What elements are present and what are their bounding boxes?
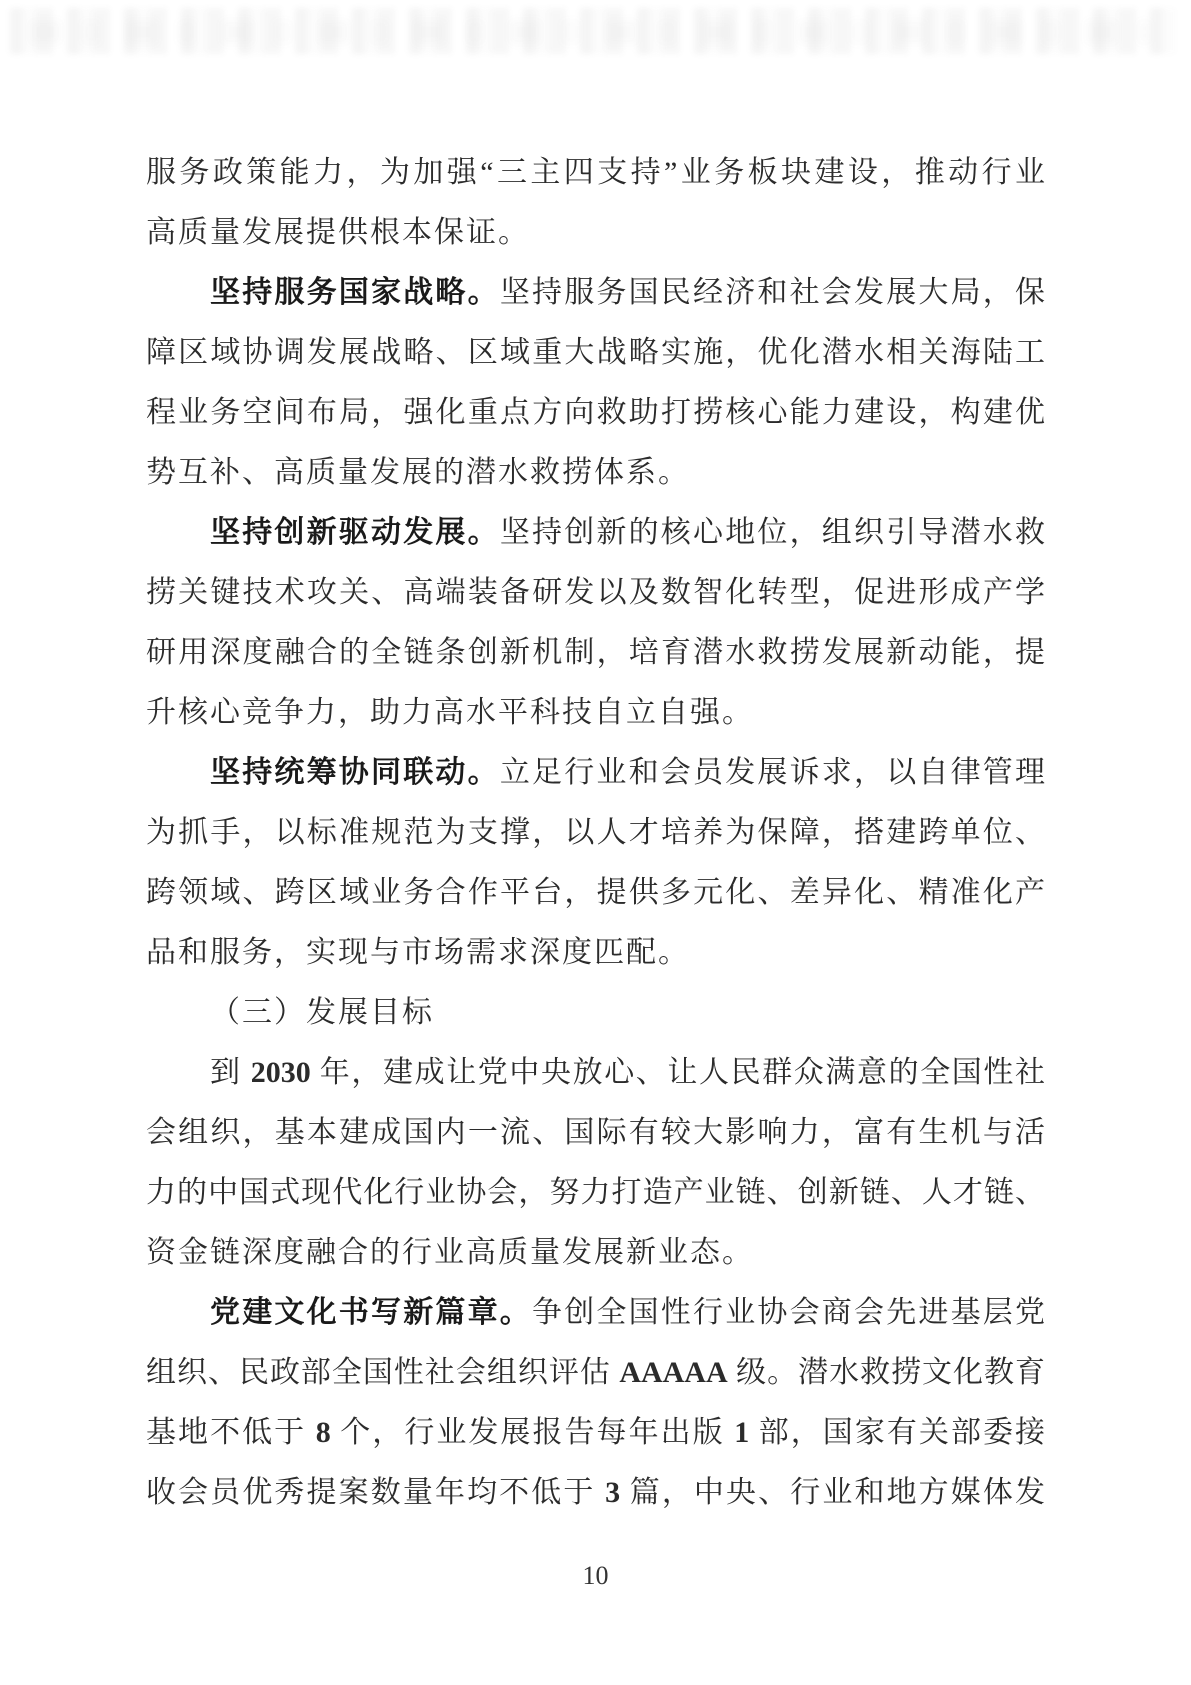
body-text: 势互补、高质量发展的潜水救捞体系。 [146,456,690,489]
line-10: 升核心竞争力，助力高水平科技自立自强。 [146,683,1045,743]
line-03: 坚持服务国家战略。坚持服务国民经济和社会发展大局，保 [146,263,1045,323]
line-02: 高质量发展提供根本保证。 [146,203,1045,263]
line-16: 到 2030 年，建成让党中央放心、让人民群众满意的全国性社 [146,1043,1045,1103]
body-text: 跨领域、跨区域业务合作平台，提供多元化、差异化、精准化产 [146,876,1045,909]
body-text: 为抓手，以标准规范为支撑，以人才培养为保障，搭建跨单位、 [146,816,1045,849]
latin-numeral: AAAAA [619,1356,727,1389]
body-text: 篇，中央、行业和地方媒体发 [620,1476,1045,1509]
body-text: 捞关键技术攻关、高端装备研发以及数智化转型，促进形成产学 [146,576,1045,609]
line-09: 研用深度融合的全链条创新机制，培育潜水救捞发展新动能，提 [146,623,1045,683]
text-block: 服务政策能力，为加强“三主四支持”业务板块建设，推动行业高质量发展提供根本保证。… [146,143,1045,1523]
body-text: 到 [210,1056,251,1089]
body-text: 会组织，基本建成国内一流、国际有较大影响力，富有生机与活 [146,1116,1045,1149]
line-12: 为抓手，以标准规范为支撑，以人才培养为保障，搭建跨单位、 [146,803,1045,863]
line-15: （三）发展目标 [146,983,1045,1043]
bold-lead-text: 坚持服务国家战略。 [210,276,500,309]
line-21: 组织、民政部全国性社会组织评估 AAAAA 级。潜水救捞文化教育 [146,1343,1045,1403]
latin-numeral: 2030 [251,1056,311,1089]
latin-numeral: 8 [316,1416,331,1449]
line-11: 坚持统筹协同联动。立足行业和会员发展诉求，以自律管理 [146,743,1045,803]
line-06: 势互补、高质量发展的潜水救捞体系。 [146,443,1045,503]
document-page: 服务政策能力，为加强“三主四支持”业务板块建设，推动行业高质量发展提供根本保证。… [0,0,1191,1685]
latin-numeral: 1 [734,1416,749,1449]
line-08: 捞关键技术攻关、高端装备研发以及数智化转型，促进形成产学 [146,563,1045,623]
body-text: 级。潜水救捞文化教育 [728,1356,1045,1389]
line-14: 品和服务，实现与市场需求深度匹配。 [146,923,1045,983]
body-text: 个，行业发展报告每年出版 [331,1416,734,1449]
line-19: 资金链深度融合的行业高质量发展新业态。 [146,1223,1045,1283]
body-text: 高质量发展提供根本保证。 [146,216,530,249]
body-text: 基地不低于 [146,1416,316,1449]
scan-artifact-band-inner [30,20,1151,44]
body-text: 程业务空间布局，强化重点方向救助打捞核心能力建设，构建优 [146,396,1045,429]
body-text: 服务政策能力，为加强“三主四支持”业务板块建设，推动行业 [146,156,1045,189]
line-13: 跨领域、跨区域业务合作平台，提供多元化、差异化、精准化产 [146,863,1045,923]
body-text: 组织、民政部全国性社会组织评估 [146,1356,619,1389]
body-text: （三）发展目标 [210,996,434,1029]
body-text: 立足行业和会员发展诉求，以自律管理 [500,756,1045,789]
bold-lead-text: 坚持统筹协同联动。 [210,756,500,789]
body-text: 力的中国式现代化行业协会，努力打造产业链、创新链、人才链、 [146,1176,1045,1209]
body-text: 品和服务，实现与市场需求深度匹配。 [146,936,690,969]
body-text: 争创全国性行业协会商会先进基层党 [532,1296,1045,1329]
body-text: 坚持创新的核心地位，组织引导潜水救 [500,516,1045,549]
body-text: 资金链深度融合的行业高质量发展新业态。 [146,1236,754,1269]
bold-lead-text: 党建文化书写新篇章。 [210,1296,532,1329]
line-17: 会组织，基本建成国内一流、国际有较大影响力，富有生机与活 [146,1103,1045,1163]
body-text: 年，建成让党中央放心、让人民群众满意的全国性社 [311,1056,1045,1089]
line-04: 障区域协调发展战略、区域重大战略实施，优化潜水相关海陆工 [146,323,1045,383]
line-01: 服务政策能力，为加强“三主四支持”业务板块建设，推动行业 [146,143,1045,203]
body-text: 研用深度融合的全链条创新机制，培育潜水救捞发展新动能，提 [146,636,1045,669]
body-text: 升核心竞争力，助力高水平科技自立自强。 [146,696,754,729]
line-20: 党建文化书写新篇章。争创全国性行业协会商会先进基层党 [146,1283,1045,1343]
body-text: 收会员优秀提案数量年均不低于 [146,1476,605,1509]
line-22: 基地不低于 8 个，行业发展报告每年出版 1 部，国家有关部委接 [146,1403,1045,1463]
page-number: 10 [0,1556,1191,1596]
line-18: 力的中国式现代化行业协会，努力打造产业链、创新链、人才链、 [146,1163,1045,1223]
line-23: 收会员优秀提案数量年均不低于 3 篇，中央、行业和地方媒体发 [146,1463,1045,1523]
bold-lead-text: 坚持创新驱动发展。 [210,516,500,549]
line-07: 坚持创新驱动发展。坚持创新的核心地位，组织引导潜水救 [146,503,1045,563]
body-text: 坚持服务国民经济和社会发展大局，保 [500,276,1045,309]
latin-numeral: 3 [605,1476,620,1509]
body-text: 部，国家有关部委接 [749,1416,1045,1449]
line-05: 程业务空间布局，强化重点方向救助打捞核心能力建设，构建优 [146,383,1045,443]
body-text: 障区域协调发展战略、区域重大战略实施，优化潜水相关海陆工 [146,336,1045,369]
